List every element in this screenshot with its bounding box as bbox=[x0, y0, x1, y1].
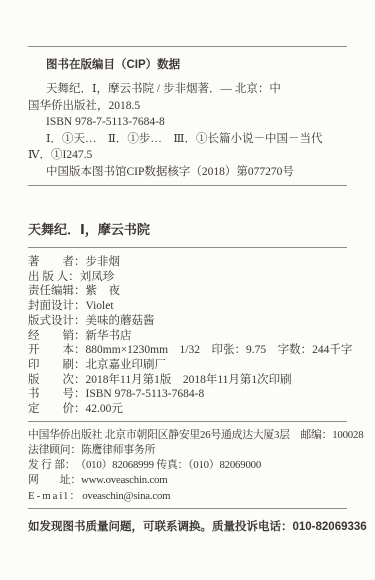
publisher-row-email: E-mail：oveaschin@sina.com bbox=[28, 489, 347, 504]
credit-label: 经 销： bbox=[28, 329, 86, 344]
credit-row-cover-design: 封面设计：Violet bbox=[28, 299, 347, 314]
publisher-address: 中国华侨出版社 北京市朝阳区静安里26号通成达大厦3层 邮编：100028 bbox=[28, 428, 347, 443]
divider-line-2 bbox=[28, 185, 347, 186]
quality-notice: 如发现图书质量问题，可联系调换。质量投诉电话：010-82069336 bbox=[28, 520, 347, 535]
cip-body: 天舞纪．Ⅰ，摩云书院 / 步非烟著．— 北京：中 国华侨出版社，2018.5 I… bbox=[28, 81, 347, 180]
cip-class-line-1: Ⅰ．①天… Ⅱ．①步… Ⅲ．①长篇小说－中国－当代 bbox=[28, 131, 347, 148]
credit-row-distribution: 经 销：新华书店 bbox=[28, 329, 347, 344]
credit-label: 出 版 人： bbox=[28, 270, 80, 285]
publisher-row-website: 网 址：www.oveaschin.com bbox=[28, 473, 347, 488]
credit-label: 版 次： bbox=[28, 373, 86, 388]
publisher-row-legal: 法律顾问：陈鹰律师事务所 bbox=[28, 443, 347, 458]
credit-value: 2018年11月第1版 2018年11月第1次印刷 bbox=[86, 374, 292, 386]
publisher-label: 法律顾问： bbox=[28, 443, 81, 458]
publisher-block: 中国华侨出版社 北京市朝阳区静安里26号通成达大厦3层 邮编：100028 法律… bbox=[28, 428, 347, 504]
credit-value: 880mm×1230mm 1/32 印张：9.75 字数：244千字 bbox=[86, 344, 353, 356]
credit-row-edition: 版 次：2018年11月第1版 2018年11月第1次印刷 bbox=[28, 373, 347, 388]
credit-value: 42.00元 bbox=[86, 403, 123, 415]
book-title: 天舞纪．Ⅰ，摩云书院 bbox=[28, 222, 347, 238]
credit-row-format: 开 本：880mm×1230mm 1/32 印张：9.75 字数：244千字 bbox=[28, 343, 347, 358]
publisher-value: oveaschin@sina.com bbox=[82, 490, 170, 502]
publisher-row-distribution-dept: 发 行 部：（010）82068999 传真：（010）82069000 bbox=[28, 458, 347, 473]
credit-row-printing: 印 刷：北京嘉业印刷厂 bbox=[28, 358, 347, 373]
cip-entry-line-2: 国华侨出版社，2018.5 bbox=[28, 98, 347, 115]
cip-section: 图书在版编目（CIP）数据 天舞纪．Ⅰ，摩云书院 / 步非烟著．— 北京：中 国… bbox=[28, 58, 347, 180]
publisher-label: E-mail： bbox=[28, 489, 82, 504]
publisher-value: 陈鹰律师事务所 bbox=[81, 444, 155, 456]
credit-label: 书 号： bbox=[28, 387, 86, 402]
divider-line-top bbox=[28, 46, 347, 47]
cip-heading: 图书在版编目（CIP）数据 bbox=[28, 58, 347, 73]
credit-label: 版式设计： bbox=[28, 314, 86, 329]
credit-row-isbn: 书 号：ISBN 978-7-5113-7684-8 bbox=[28, 387, 347, 402]
credit-value: 北京嘉业印刷厂 bbox=[86, 359, 167, 371]
credit-label: 印 刷： bbox=[28, 358, 86, 373]
credit-value: 新华书店 bbox=[86, 330, 132, 342]
credits-block: 著 者：步非烟 出 版 人：刘凤珍 责任编辑：紫 夜 封面设计：Violet 版… bbox=[28, 255, 347, 417]
credit-value: Violet bbox=[86, 300, 114, 312]
credit-row-author: 著 者：步非烟 bbox=[28, 255, 347, 270]
credit-row-price: 定 价：42.00元 bbox=[28, 402, 347, 417]
publisher-label: 发 行 部： bbox=[28, 458, 75, 473]
page-content: 图书在版编目（CIP）数据 天舞纪．Ⅰ，摩云书院 / 步非烟著．— 北京：中 国… bbox=[0, 46, 375, 535]
credit-value: ISBN 978-7-5113-7684-8 bbox=[86, 388, 205, 400]
credit-row-layout-design: 版式设计：美味的蘑菇酱 bbox=[28, 314, 347, 329]
publisher-value: （010）82068999 传真：（010）82069000 bbox=[75, 459, 261, 471]
divider-line-5 bbox=[28, 508, 347, 509]
cip-entry-line-1: 天舞纪．Ⅰ，摩云书院 / 步非烟著．— 北京：中 bbox=[28, 81, 347, 98]
credit-label: 责任编辑： bbox=[28, 284, 86, 299]
credit-row-editor: 责任编辑：紫 夜 bbox=[28, 284, 347, 299]
cip-registry-line: 中国版本图书馆CIP数据核字（2018）第077270号 bbox=[28, 164, 347, 181]
credit-row-publisher-person: 出 版 人：刘凤珍 bbox=[28, 270, 347, 285]
credit-label: 定 价： bbox=[28, 402, 86, 417]
divider-line-3 bbox=[28, 247, 347, 248]
credit-value: 紫 夜 bbox=[86, 285, 121, 297]
publisher-label: 网 址： bbox=[28, 473, 81, 488]
credit-value: 美味的蘑菇酱 bbox=[86, 315, 155, 327]
credit-value: 步非烟 bbox=[86, 256, 121, 268]
book-copyright-page: 图书在版编目（CIP）数据 天舞纪．Ⅰ，摩云书院 / 步非烟著．— 北京：中 国… bbox=[0, 0, 375, 580]
credit-label: 封面设计： bbox=[28, 299, 86, 314]
credit-label: 开 本： bbox=[28, 343, 86, 358]
publisher-value: www.oveaschin.com bbox=[81, 474, 167, 486]
divider-line-4 bbox=[28, 421, 347, 422]
cip-isbn-line: ISBN 978-7-5113-7684-8 bbox=[28, 114, 347, 131]
credit-label: 著 者： bbox=[28, 255, 86, 270]
cip-class-line-2: Ⅳ．①I247.5 bbox=[28, 147, 347, 164]
credit-value: 刘凤珍 bbox=[80, 271, 115, 283]
